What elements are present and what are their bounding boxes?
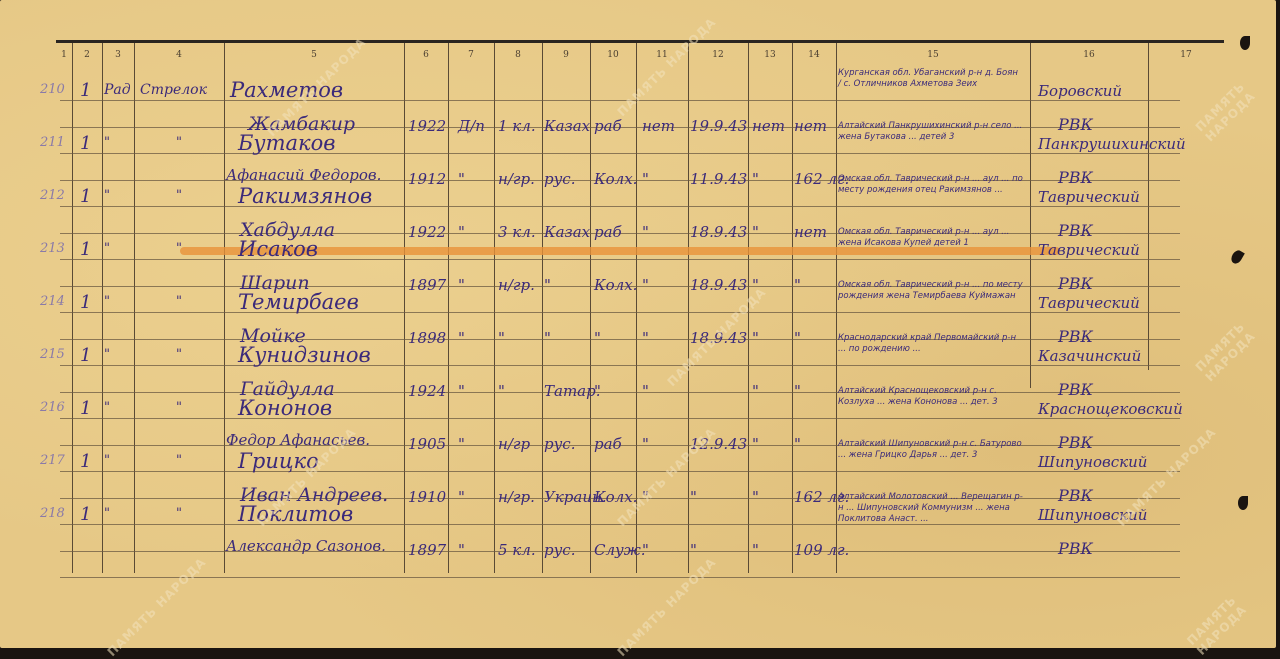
column-divider bbox=[792, 43, 793, 573]
field-col11: " bbox=[642, 329, 649, 347]
punch-hole bbox=[1240, 36, 1250, 50]
field-nation: " bbox=[544, 329, 551, 347]
column-number: 3 bbox=[103, 50, 133, 60]
field-col8: " bbox=[498, 382, 505, 400]
field-col14: " bbox=[794, 329, 801, 347]
rvk-label: РВК bbox=[1058, 327, 1093, 346]
record-count: 1 bbox=[80, 186, 91, 207]
field-col8: н/гр. bbox=[498, 170, 535, 188]
given-name: Александр Сазонов. bbox=[226, 537, 386, 555]
position: " bbox=[176, 506, 182, 521]
field-nation: " bbox=[544, 276, 551, 294]
rank: " bbox=[104, 135, 110, 150]
rvk-district: Боровский bbox=[1038, 82, 1122, 100]
rvk-label: РВК bbox=[1058, 486, 1093, 505]
field-col8: н/гр. bbox=[498, 488, 535, 506]
row-rule bbox=[60, 577, 1180, 578]
column-divider bbox=[72, 43, 73, 573]
field-col14: нет bbox=[794, 117, 827, 135]
rvk-label: РВК bbox=[1058, 168, 1093, 187]
watermark: ПАМЯТЬ НАРОДА bbox=[615, 555, 719, 652]
column-number: 14 bbox=[799, 50, 829, 60]
record-number: 217 bbox=[40, 453, 65, 468]
column-number: 4 bbox=[164, 50, 194, 60]
watermark: ПАМЯТЬ НАРОДА bbox=[105, 555, 209, 652]
field-col13: " bbox=[752, 435, 759, 453]
rank: " bbox=[104, 241, 110, 256]
field-year: 1897 bbox=[408, 541, 446, 559]
rvk-district: Таврический bbox=[1038, 188, 1140, 206]
field-nation: Татар. bbox=[544, 382, 600, 400]
watermark: ПАМЯТЬ НАРОДА bbox=[1115, 425, 1219, 529]
record-count: 1 bbox=[80, 398, 91, 419]
field-col10: " bbox=[594, 382, 601, 400]
record-count: 1 bbox=[80, 292, 91, 313]
rvk-label: РВК bbox=[1058, 433, 1093, 452]
watermark: ПАМЯТЬ НАРОДА bbox=[615, 425, 719, 529]
field-col7: Д/п bbox=[458, 117, 485, 135]
rank: " bbox=[104, 506, 110, 521]
rvk-label: РВК bbox=[1058, 115, 1093, 134]
record-number: 212 bbox=[40, 188, 65, 203]
rvk-district: Таврический bbox=[1038, 241, 1140, 259]
field-date: " bbox=[690, 541, 697, 559]
field-col13: " bbox=[752, 329, 759, 347]
column-number: 7 bbox=[456, 50, 486, 60]
field-col11: нет bbox=[642, 117, 675, 135]
field-col8: 3 кл. bbox=[498, 223, 536, 241]
rvk-label: РВК bbox=[1058, 539, 1093, 558]
column-number: 16 bbox=[1074, 50, 1104, 60]
field-col10: Колх. bbox=[594, 276, 637, 294]
record-number: 216 bbox=[40, 400, 65, 415]
field-col13: " bbox=[752, 488, 759, 506]
field-year: 1922 bbox=[408, 223, 446, 241]
record-number: 210 bbox=[40, 82, 65, 97]
record-count: 1 bbox=[80, 345, 91, 366]
field-col7: " bbox=[458, 276, 465, 294]
field-date: 19.9.43 bbox=[690, 117, 747, 135]
record-number: 218 bbox=[40, 506, 65, 521]
watermark: ПАМЯТЬ НАРОДА bbox=[1193, 304, 1274, 385]
field-date: 18.9.43 bbox=[690, 223, 747, 241]
field-nation: Казах bbox=[544, 223, 590, 241]
field-col11: " bbox=[642, 541, 649, 559]
field-year: 1912 bbox=[408, 170, 446, 188]
field-col10: раб bbox=[594, 117, 622, 135]
address-notes: Алтайский Молотовский ... Верещагин р-н … bbox=[838, 492, 1023, 525]
rvk-district: Краснощековский bbox=[1038, 400, 1183, 418]
field-col10: раб bbox=[594, 435, 622, 453]
address-notes: Омская обл. Таврический р-н ... по месту… bbox=[838, 280, 1023, 302]
field-col13: " bbox=[752, 223, 759, 241]
column-divider bbox=[494, 43, 495, 573]
field-year: 1922 bbox=[408, 117, 446, 135]
rvk-district: Панкрушихинский bbox=[1038, 135, 1186, 153]
row-rule bbox=[60, 471, 1180, 472]
surname: Ракимзянов bbox=[238, 184, 372, 208]
rvk-label: РВК bbox=[1058, 274, 1093, 293]
address-notes: Омская обл. Таврический р-н ... аул ... … bbox=[838, 174, 1023, 196]
field-col14: нет bbox=[794, 223, 827, 241]
column-divider bbox=[404, 43, 405, 573]
rank: Рад bbox=[104, 82, 131, 98]
field-nation: рус. bbox=[544, 541, 575, 559]
field-date: 11.9.43 bbox=[690, 170, 747, 188]
record-count: 1 bbox=[80, 80, 91, 101]
field-col8: " bbox=[498, 329, 505, 347]
field-col13: " bbox=[752, 382, 759, 400]
rvk-label: РВК bbox=[1058, 380, 1093, 399]
field-col7: " bbox=[458, 435, 465, 453]
record-number: 213 bbox=[40, 241, 65, 256]
rank: " bbox=[104, 188, 110, 203]
column-divider bbox=[102, 43, 103, 573]
column-number: 13 bbox=[755, 50, 785, 60]
field-year: 1898 bbox=[408, 329, 446, 347]
surname: Бутаков bbox=[238, 131, 335, 155]
row-rule bbox=[60, 100, 1180, 101]
rank: " bbox=[104, 294, 110, 309]
rvk-label: РВК bbox=[1058, 221, 1093, 240]
watermark: ПАМЯТЬ НАРОДА bbox=[615, 15, 719, 119]
field-col7: " bbox=[458, 329, 465, 347]
field-date: 18.9.43 bbox=[690, 276, 747, 294]
field-col7: " bbox=[458, 223, 465, 241]
record-count: 1 bbox=[80, 133, 91, 154]
column-divider bbox=[542, 43, 543, 573]
surname: Поклитов bbox=[238, 502, 353, 526]
punch-hole bbox=[1229, 248, 1245, 265]
field-year: 1897 bbox=[408, 276, 446, 294]
position: " bbox=[176, 400, 182, 415]
address-notes: Краснодарский край Первомайский р-н ... … bbox=[838, 333, 1023, 355]
watermark: ПАМЯТЬ НАРОДА bbox=[1184, 570, 1272, 652]
rvk-district: Таврический bbox=[1038, 294, 1140, 312]
field-col11: " bbox=[642, 382, 649, 400]
column-divider bbox=[1030, 43, 1031, 388]
row-rule bbox=[60, 206, 1180, 207]
field-col14: " bbox=[794, 276, 801, 294]
field-year: 1905 bbox=[408, 435, 446, 453]
field-date: " bbox=[690, 488, 697, 506]
address-notes: Алтайский Панкрушихинский р-н село ... ж… bbox=[838, 121, 1023, 143]
row-rule bbox=[60, 418, 1180, 419]
column-number: 12 bbox=[703, 50, 733, 60]
row-rule bbox=[60, 312, 1180, 313]
rank: " bbox=[104, 400, 110, 415]
column-divider bbox=[448, 43, 449, 573]
column-number: 17 bbox=[1171, 50, 1201, 60]
field-nation: Казах bbox=[544, 117, 590, 135]
column-number: 6 bbox=[411, 50, 441, 60]
surname: Кунидзинов bbox=[238, 343, 371, 367]
row-rule bbox=[60, 259, 1180, 260]
field-col11: " bbox=[642, 276, 649, 294]
record-number: 211 bbox=[40, 135, 65, 150]
field-col13: нет bbox=[752, 117, 785, 135]
header-rule bbox=[56, 40, 1224, 43]
column-number: 5 bbox=[299, 50, 329, 60]
surname: Исаков bbox=[238, 237, 318, 261]
field-col11: " bbox=[642, 435, 649, 453]
position: Стрелок bbox=[140, 82, 207, 98]
field-col8: н/гр bbox=[498, 435, 530, 453]
column-divider bbox=[224, 43, 225, 573]
field-col10: раб bbox=[594, 223, 622, 241]
column-divider bbox=[134, 43, 135, 573]
address-notes: Алтайский Краснощековский р-н с. Козлуха… bbox=[838, 386, 1023, 408]
field-col10: Служ. bbox=[594, 541, 646, 559]
punch-hole bbox=[1238, 496, 1248, 510]
record-count: 1 bbox=[80, 451, 91, 472]
position: " bbox=[176, 188, 182, 203]
field-col7: " bbox=[458, 541, 465, 559]
field-col10: " bbox=[594, 329, 601, 347]
record-count: 1 bbox=[80, 239, 91, 260]
record-number: 215 bbox=[40, 347, 65, 362]
position: " bbox=[176, 241, 182, 256]
position: " bbox=[176, 294, 182, 309]
field-nation: рус. bbox=[544, 170, 575, 188]
row-rule bbox=[60, 153, 1180, 154]
surname: Темирбаев bbox=[238, 290, 359, 314]
field-col14: 109 лг. bbox=[794, 541, 849, 559]
field-col11: " bbox=[642, 223, 649, 241]
column-number: 15 bbox=[918, 50, 948, 60]
address-notes: Алтайский Шипуновский р-н с. Батурово ..… bbox=[838, 439, 1023, 461]
field-col7: " bbox=[458, 170, 465, 188]
row-rule bbox=[60, 365, 1180, 366]
field-col14: " bbox=[794, 382, 801, 400]
field-nation: рус. bbox=[544, 435, 575, 453]
field-year: 1924 bbox=[408, 382, 446, 400]
record-number: 214 bbox=[40, 294, 65, 309]
rvk-district: Шипуновский bbox=[1038, 453, 1147, 471]
record-count: 1 bbox=[80, 504, 91, 525]
watermark: ПАМЯТЬ НАРОДА bbox=[1193, 64, 1274, 145]
field-col13: " bbox=[752, 541, 759, 559]
field-col10: Колх. bbox=[594, 170, 637, 188]
field-col7: " bbox=[458, 382, 465, 400]
address-notes: Курганская обл. Убаганский р-н д. Боян /… bbox=[838, 68, 1023, 90]
column-number: 2 bbox=[72, 50, 102, 60]
field-col14: " bbox=[794, 435, 801, 453]
field-col8: 1 кл. bbox=[498, 117, 536, 135]
given-name: Афанасий Федоров. bbox=[226, 166, 381, 184]
rvk-district: Казачинский bbox=[1038, 347, 1141, 365]
rank: " bbox=[104, 453, 110, 468]
surname: Кононов bbox=[238, 396, 332, 420]
address-notes: Омская обл. Таврический р-н ... аул ... … bbox=[838, 227, 1023, 249]
column-divider bbox=[688, 43, 689, 573]
field-year: 1910 bbox=[408, 488, 446, 506]
field-col11: " bbox=[642, 170, 649, 188]
column-number: 9 bbox=[551, 50, 581, 60]
position: " bbox=[176, 347, 182, 362]
position: " bbox=[176, 453, 182, 468]
field-col8: 5 кл. bbox=[498, 541, 536, 559]
field-col7: " bbox=[458, 488, 465, 506]
field-col8: н/гр. bbox=[498, 276, 535, 294]
position: " bbox=[176, 135, 182, 150]
field-col13: " bbox=[752, 170, 759, 188]
column-number: 10 bbox=[598, 50, 628, 60]
rank: " bbox=[104, 347, 110, 362]
column-number: 8 bbox=[503, 50, 533, 60]
register-page: 1234567891011121314151617 2101РадСтрелок… bbox=[0, 0, 1276, 648]
